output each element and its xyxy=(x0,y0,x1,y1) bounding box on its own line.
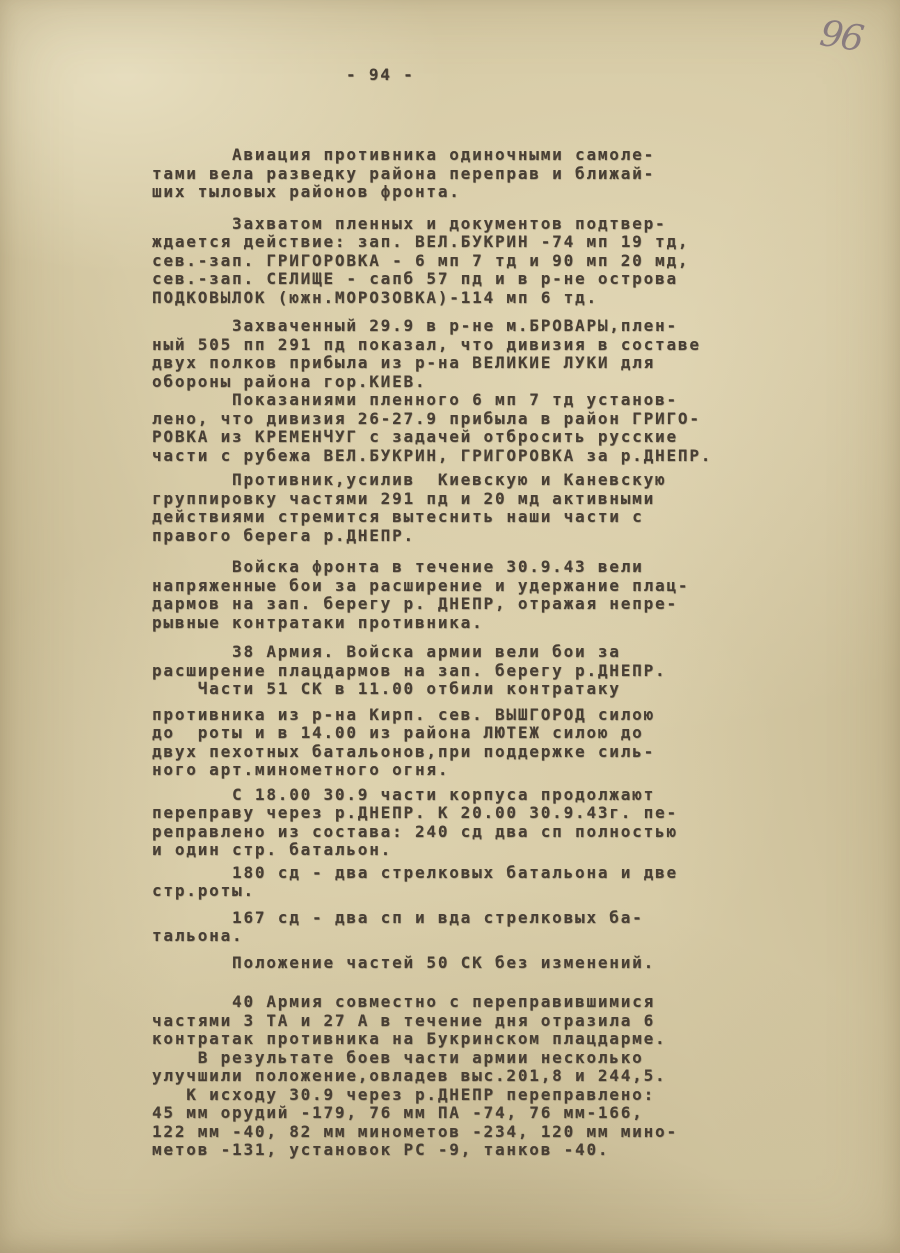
paragraph-prisoner-testimony: Показаниями пленного 6 мп 7 тд установ- … xyxy=(152,391,862,465)
page-number: - 94 - xyxy=(346,66,415,85)
paragraph-corps-51-details: противника из р-на Кирп. сев. ВЫШГОРОД с… xyxy=(152,706,862,780)
typewritten-text-block: Авиация противника одиночными самоле- та… xyxy=(152,146,862,1160)
paragraph-prisoners-documents: Захватом пленных и документов подтвер- ж… xyxy=(152,215,862,308)
paragraph-front-troops: Войска фронта в течение 30.9.43 вели нап… xyxy=(152,558,862,632)
paragraph-crossing-1800: С 18.00 30.9 части корпуса продолжают пе… xyxy=(152,786,862,860)
paragraph-prisoner-brovary: Захваченный 29.9 в р-не м.БРОВАРЫ,плен- … xyxy=(152,317,862,391)
paragraph-army-40-crossing-totals: К исходу 30.9 через р.ДНЕПР переправлено… xyxy=(152,1086,862,1160)
paragraph-army-38: 38 Армия. Войска армии вели бои за расши… xyxy=(152,643,862,680)
paragraph-army-40: 40 Армия совместно с переправившимися ча… xyxy=(152,993,862,1049)
paragraph-division-180: 180 сд - два стрелковых батальона и две … xyxy=(152,864,862,901)
paragraph-aviation-recon: Авиация противника одиночными самоле- та… xyxy=(152,146,862,202)
document-page: 96 - 94 - Авиация противника одиночными … xyxy=(0,0,900,1253)
paragraph-corps-50: Положение частей 50 СК без изменений. xyxy=(152,954,862,973)
paragraph-army-40-result: В результате боев части армии несколько … xyxy=(152,1049,862,1086)
paragraph-enemy-intent: Противник,усилив Киевскую и Каневскую гр… xyxy=(152,471,862,545)
paragraph-corps-51: Части 51 СК в 11.00 отбили контратаку xyxy=(152,680,862,699)
handwritten-folio-number: 96 xyxy=(817,13,865,60)
paragraph-division-167: 167 сд - два сп и вда стрелковых ба- тал… xyxy=(152,909,862,946)
